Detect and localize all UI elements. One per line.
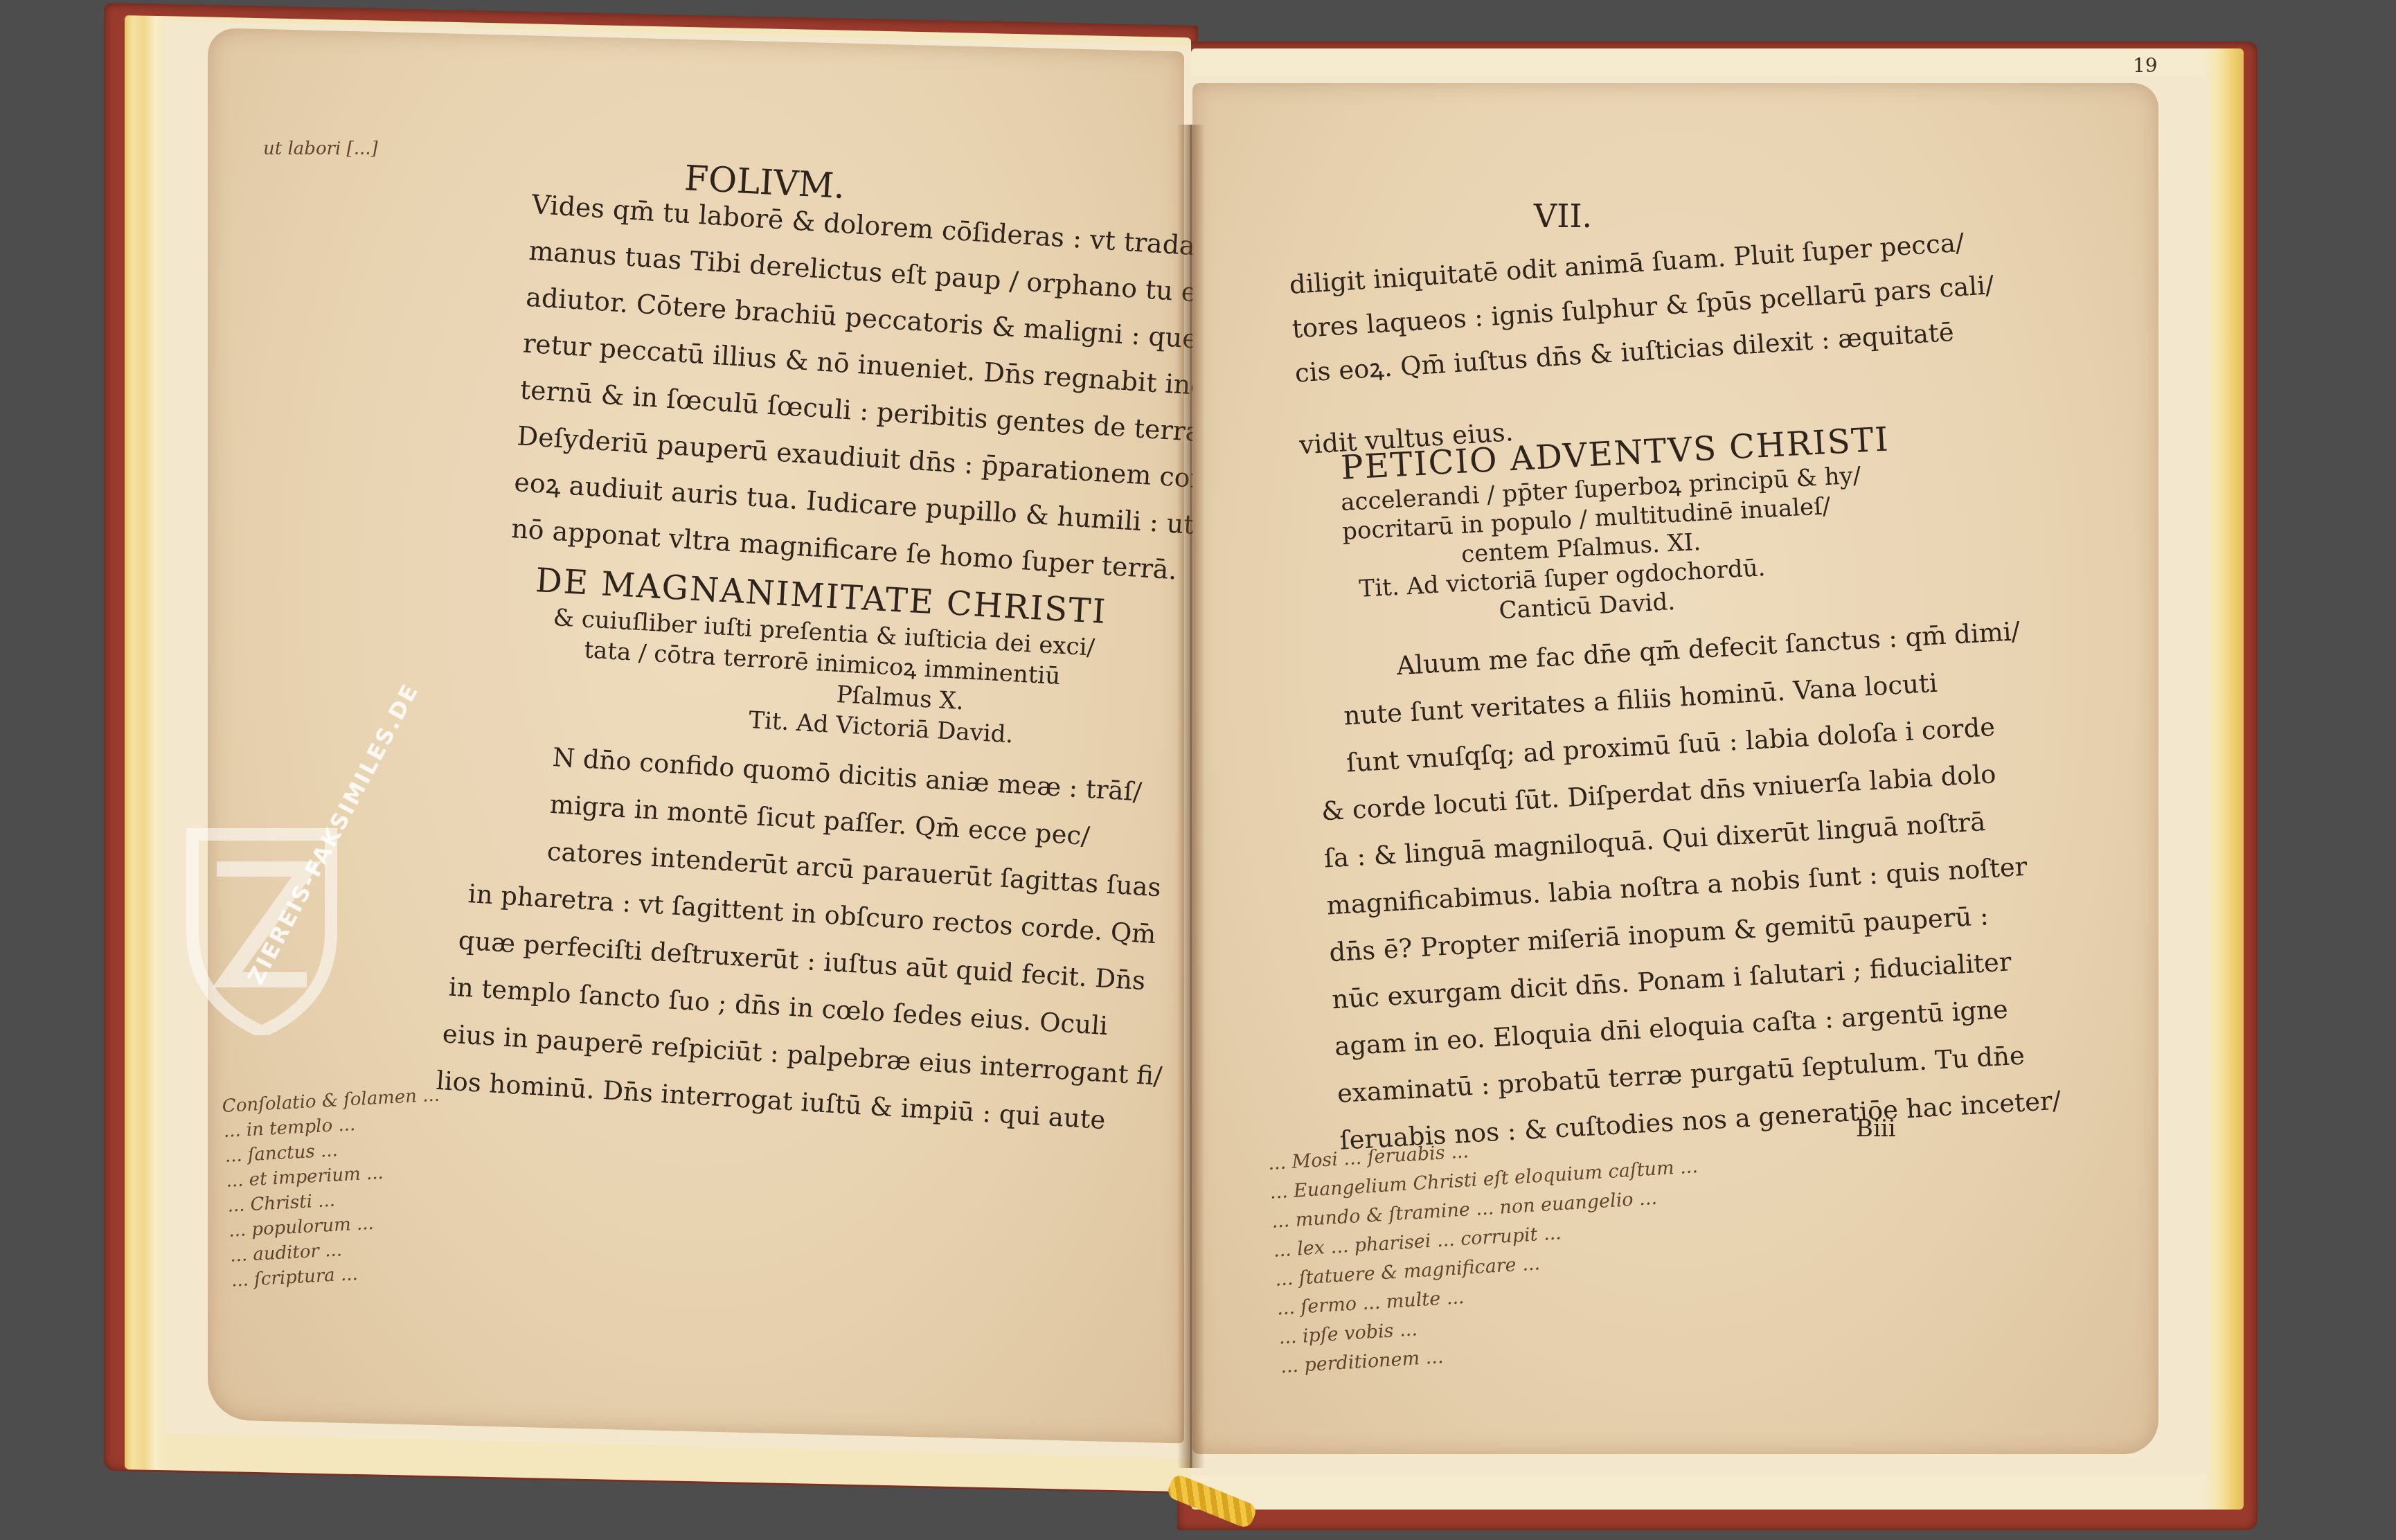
left-bottom-handwriting: Conſolatio & ſolamen ... ... in templo .… [222, 1083, 449, 1293]
right-bottom-handwriting: ... Mosi ... ſeruabis ... ... Euangelium… [1267, 1123, 1709, 1381]
left-top-margin-note: ut labori [...] [263, 138, 378, 159]
folio-number: 19 [2133, 54, 2158, 77]
right-psalm-text: Aluum me fac dn̄e qm̄ defecit ſanctus : … [1312, 607, 2062, 1165]
left-psalm-text: N dn̄o confido quomō dicitis aniæ meæ : … [532, 734, 1181, 1147]
open-book-photo: ut labori [...] FOLIVM. Vides qm̄ tu lab… [0, 0, 2396, 1540]
right-running-head: VII. [1534, 197, 1592, 235]
book-gutter [1177, 125, 1205, 1468]
right-section-subtitle: accelerandi / pp̄ter ſuperboꝝ principū &… [1340, 461, 1868, 634]
signature-mark: Biii [1856, 1115, 1896, 1143]
left-printed-block: Vides qm̄ tu laborē & dolorem cōſideras … [510, 181, 1280, 599]
